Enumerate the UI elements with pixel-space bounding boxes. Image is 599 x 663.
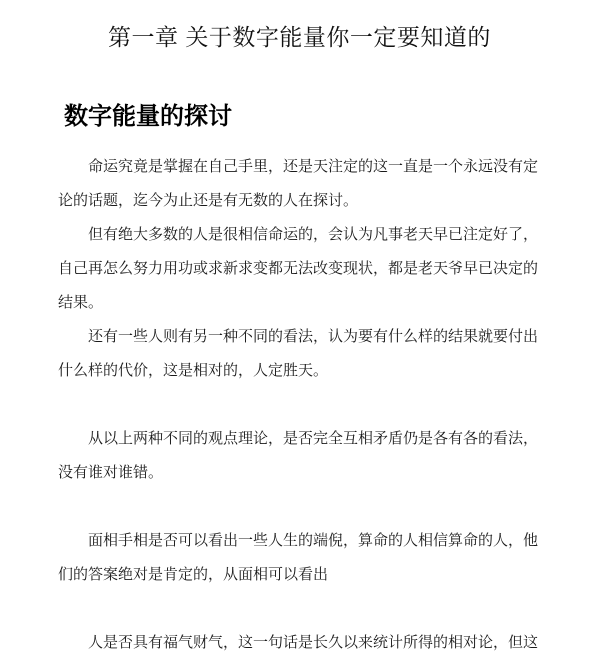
paragraph: 但有绝大多数的人是很相信命运的，会认为凡事老天早已注定好了， 自己再怎么努力用功…: [58, 218, 539, 320]
text-line: 什么样的代价，这是相对的，人定胜天。: [58, 354, 539, 388]
text-line: 命运究竟是掌握在自己手里，还是天注定的这一直是一个永远没有定: [58, 150, 539, 184]
paragraph: 从以上两种不同的观点理论，是否完全互相矛盾仍是各有各的看法， 没有谁对谁错。: [58, 422, 539, 490]
paragraph: 人是否具有福气财气，这一句话是长久以来统计所得的相对论，但这: [58, 626, 539, 660]
body-text: 命运究竟是掌握在自己手里，还是天注定的这一直是一个永远没有定 论的话题，迄今为止…: [58, 150, 539, 660]
text-line: 从以上两种不同的观点理论，是否完全互相矛盾仍是各有各的看法，: [58, 422, 539, 456]
paragraph: 面相手相是否可以看出一些人生的端倪，算命的人相信算命的人，他 们的答案绝对是肯定…: [58, 524, 539, 592]
text-line: 自己再怎么努力用功或求新求变都无法改变现状，都是老天爷早已决定的: [58, 252, 539, 286]
paragraph: 命运究竟是掌握在自己手里，还是天注定的这一直是一个永远没有定 论的话题，迄今为止…: [58, 150, 539, 218]
text-line: 论的话题，迄今为止还是有无数的人在探讨。: [58, 184, 539, 218]
text-line: 人是否具有福气财气，这一句话是长久以来统计所得的相对论，但这: [58, 626, 539, 660]
chapter-title: 第一章 关于数字能量你一定要知道的: [0, 0, 599, 52]
section-heading: 数字能量的探讨: [64, 103, 599, 131]
text-line: 但有绝大多数的人是很相信命运的，会认为凡事老天早已注定好了，: [58, 218, 539, 252]
paragraph: 还有一些人则有另一种不同的看法，认为要有什么样的结果就要付出 什么样的代价，这是…: [58, 320, 539, 388]
text-line: 结果。: [58, 286, 539, 320]
text-line: 还有一些人则有另一种不同的看法，认为要有什么样的结果就要付出: [58, 320, 539, 354]
text-line: 们的答案绝对是肯定的，从面相可以看出: [58, 558, 539, 592]
text-line: 面相手相是否可以看出一些人生的端倪，算命的人相信算命的人，他: [58, 524, 539, 558]
document-page: 第一章 关于数字能量你一定要知道的 数字能量的探讨 命运究竟是掌握在自己手里，还…: [0, 0, 599, 663]
text-line: 没有谁对谁错。: [58, 456, 539, 490]
